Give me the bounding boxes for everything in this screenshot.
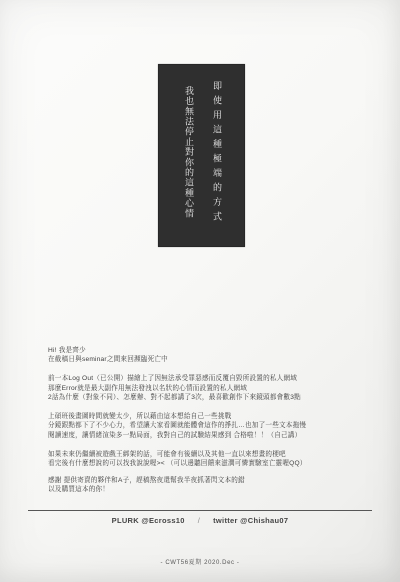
afterword-text: Hi! 我是齊少 在截稿日與seminar之間來回瀕臨死亡中 前一本Log Ou… (48, 346, 383, 504)
greeting-paragraph: Hi! 我是齊少 在截稿日與seminar之間來回瀕臨死亡中 (48, 346, 383, 365)
paragraph-4: 感謝 提供寄賣的夥伴和A子，趕稿熬夜還幫我半夜抓著閃文本的錯 以及購買這本的你！ (48, 476, 383, 495)
paragraph-4-line-2: 以及購買這本的你！ (48, 486, 109, 493)
paragraph-1-line-1: 前一本Log Out（已公開）描繪上了因無法承受罪惡感而反覆自毀所設置的私人網域 (48, 375, 297, 382)
twitter-handle: twitter @Chishau07 (213, 516, 288, 525)
paragraph-1-line-2: 那麼Error就是最大副作用無法發洩以名狀的心情而設置的私人網域 (48, 385, 247, 392)
plurk-handle: PLURK @Ecross10 (112, 516, 185, 525)
afterword-page: 即使用這種極端的方式 我也無法停止對你的這種心情 Hi! 我是齊少 在截稿日與s… (0, 0, 400, 582)
quote-column-2: 我也無法停止對你的這種心情 (183, 86, 194, 219)
greeting-line-2: 在截稿日與seminar之間來回瀕臨死亡中 (48, 356, 168, 363)
footer-divider (28, 510, 372, 511)
paragraph-1-line-3: 2話為什麼（對象不同）、怎麼辦、對不起都講了3次，最喜歡創作下來鏡頭都會數3點 (48, 394, 301, 401)
event-caption: - CWT56夏期 2020.Dec - (0, 557, 400, 566)
paragraph-2-line-2: 分鏡跟點都下了不少心力，希望讓大家看圖就能體會這作的掙扎…也加了一些文本拖慢 (48, 422, 306, 429)
greeting-line-1: Hi! 我是齊少 (48, 347, 86, 354)
quote-column-1: 即使用這種極端的方式 (211, 81, 222, 226)
paragraph-4-line-1: 感謝 提供寄賣的夥伴和A子，趕稿熬夜還幫我半夜抓著閃文本的錯 (48, 477, 245, 484)
footer-social-links: PLURK @Ecross10/twitter @Chishau07 (0, 516, 400, 525)
paragraph-3-line-2: 看完後有什麼想說的可以找我說說喔>< （可以邊聽回饋來滋潤可憐實驗室亡靈喔QQ） (48, 460, 307, 467)
paragraph-1: 前一本Log Out（已公開）描繪上了因無法承受罪惡感而反覆自毀所設置的私人網域… (48, 374, 383, 402)
quote-box: 即使用這種極端的方式 我也無法停止對你的這種心情 (158, 64, 245, 247)
paragraph-2-line-3: 閱讀速度，讓情緒渲染多一點局面，我對自己的試驗結果感到 合格啦！！（自己講） (48, 432, 301, 439)
paragraph-3-line-1: 如果未來仍繼續被遊戲王綁架的話，可能會有後續以及其他一直以來想畫的梗吧 (48, 451, 286, 458)
paragraph-2: 上碩班後畫圖時間就變太少，所以藉由這本想給自己一些挑戰 分鏡跟點都下了不少心力，… (48, 412, 383, 440)
paragraph-3: 如果未來仍繼續被遊戲王綁架的話，可能會有後續以及其他一直以來想畫的梗吧 看完後有… (48, 450, 383, 469)
paragraph-2-line-1: 上碩班後畫圖時間就變太少，所以藉由這本想給自己一些挑戰 (48, 413, 231, 420)
handle-separator: / (198, 516, 200, 525)
